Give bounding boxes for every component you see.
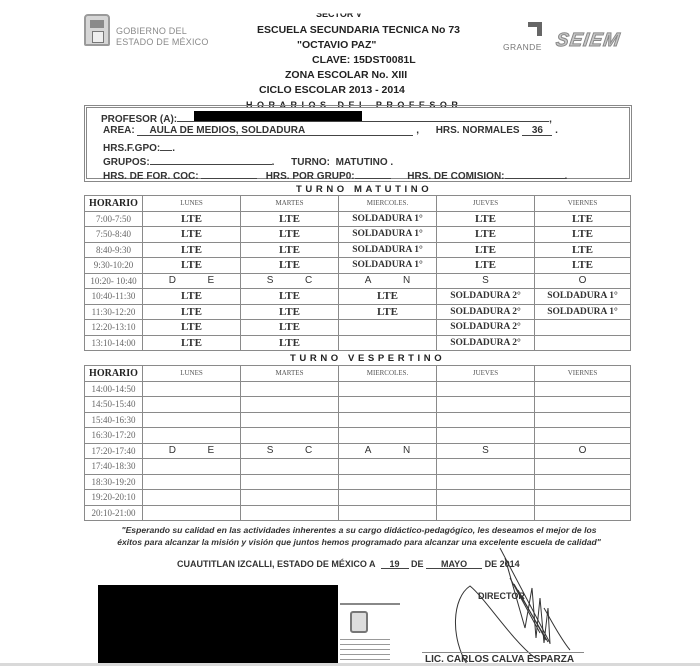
schedule-cell: LTE [143, 242, 241, 258]
schedule-cell: LTE [241, 242, 339, 258]
time-cell: 8:40-9:30 [85, 242, 143, 258]
schedule-cell [241, 490, 339, 506]
table-row: 17:40-18:30 [85, 459, 631, 475]
break-cell: DE [143, 443, 241, 459]
schedule-cell: SOLDADURA 1° [339, 258, 437, 274]
schedule-cell [535, 459, 631, 475]
place-prefix: CUAUTITLAN IZCALLI, ESTADO DE MÉXICO A [177, 559, 376, 569]
profesor-label: PROFESOR (A): [101, 114, 177, 125]
schedule-cell: LTE [339, 289, 437, 305]
header-jueves: JUEVES [437, 196, 535, 212]
sector-label: SECTOR V [316, 9, 362, 19]
schedule-cell [339, 505, 437, 521]
hrs-for-coc-field [201, 168, 257, 179]
director-label: DIRECTOR [478, 591, 525, 601]
break-letter: C [305, 445, 312, 456]
turno-label: TURNO: [291, 157, 330, 168]
schedule-cell [241, 381, 339, 397]
schedule-cell [535, 505, 631, 521]
schedule-cell: LTE [535, 258, 631, 274]
time-cell: 14:00-14:50 [85, 381, 143, 397]
grande-logo-icon [528, 22, 542, 36]
table-row: 9:30-10:20 LTE LTE SOLDADURA 1° LTE LTE [85, 258, 631, 274]
time-cell: 17:20-17:40 [85, 443, 143, 459]
table-row: 18:30-19:20 [85, 474, 631, 490]
official-seal-stamp [340, 603, 400, 666]
schedule-cell [437, 505, 535, 521]
time-cell: 14:50-15:40 [85, 397, 143, 413]
table-row: 13:10-14:00 LTE LTE SOLDADURA 2° [85, 335, 631, 351]
header-horario: HORARIO [85, 366, 143, 382]
schedule-cell [339, 474, 437, 490]
schedule-cell: SOLDADURA 1° [339, 227, 437, 243]
schedule-cell [241, 412, 339, 428]
schedule-cell: LTE [241, 227, 339, 243]
schedule-cell [535, 397, 631, 413]
schedule-cell [143, 474, 241, 490]
seal-coat-of-arms-icon [350, 611, 368, 633]
break-cell: SC [241, 443, 339, 459]
schedule-cell [339, 412, 437, 428]
table-row: 7:00-7:50 LTE LTE SOLDADURA 1° LTE LTE [85, 211, 631, 227]
hrs-for-coc-label: HRS. DE FOR. COC: [103, 171, 199, 182]
schedule-cell: LTE [437, 242, 535, 258]
seiem-logo: SEIEM [554, 30, 621, 52]
break-letter: E [208, 445, 215, 456]
time-cell: 12:20-13:10 [85, 320, 143, 336]
schedule-cell: LTE [241, 289, 339, 305]
schedule-cell [437, 381, 535, 397]
government-coat-of-arms-icon [84, 14, 110, 46]
schedule-cell: LTE [241, 211, 339, 227]
time-cell: 15:40-16:30 [85, 412, 143, 428]
schedule-cell [437, 412, 535, 428]
table-row: 16:30-17:20 [85, 428, 631, 444]
hours-row: HRS. DE FOR. COC: HRS. POR GRUP0: HRS. D… [103, 168, 567, 182]
schedule-cell: LTE [535, 242, 631, 258]
hrs-comision-field [505, 168, 565, 179]
professor-info-box: PROFESOR (A):, AREA: AULA DE MEDIOS, SOL… [84, 105, 632, 182]
break-cell: AN [339, 273, 437, 289]
table-row: 7:50-8:40 LTE LTE SOLDADURA 1° LTE LTE [85, 227, 631, 243]
schedule-cell: LTE [143, 320, 241, 336]
grupos-field [150, 154, 272, 165]
turno-matutino-title: TURNO MATUTINO [296, 184, 432, 195]
government-logo-line-2: ESTADO DE MÉXICO [116, 37, 209, 48]
hrs-por-grupo-label: HRS. POR GRUP0: [266, 171, 355, 182]
schedule-cell [535, 474, 631, 490]
time-cell: 10:40-11:30 [85, 289, 143, 305]
break-cell: DE [143, 273, 241, 289]
break-cell: S [437, 273, 535, 289]
turno-value: MATUTINO [336, 157, 388, 168]
schedule-cell [241, 397, 339, 413]
schedule-cell [437, 459, 535, 475]
schedule-cell [535, 320, 631, 336]
time-cell: 7:50-8:40 [85, 227, 143, 243]
break-letter: S [267, 275, 274, 286]
table-row: 12:20-13:10 LTE LTE SOLDADURA 2° [85, 320, 631, 336]
seal-text-lines [340, 637, 390, 665]
time-cell: 16:30-17:20 [85, 428, 143, 444]
hrs-comision-label: HRS. DE COMISION: [407, 171, 504, 182]
time-cell: 20:10-21:00 [85, 505, 143, 521]
school-cycle: CICLO ESCOLAR 2013 - 2014 [259, 84, 405, 96]
schedule-cell [143, 397, 241, 413]
break-cell: S [437, 443, 535, 459]
signature-line [422, 652, 584, 653]
schedule-cell [535, 381, 631, 397]
schedule-cell: LTE [535, 211, 631, 227]
turno-vespertino-table: HORARIO LUNES MARTES MIERCOLES. JUEVES V… [84, 365, 631, 521]
schedule-cell [535, 412, 631, 428]
break-letter: C [305, 275, 312, 286]
schedule-cell [143, 490, 241, 506]
table-row: 11:30-12:20 LTE LTE LTE SOLDADURA 2° SOL… [85, 304, 631, 320]
school-zone: ZONA ESCOLAR No. XIII [285, 69, 407, 81]
schedule-cell [241, 474, 339, 490]
schedule-cell: LTE [437, 227, 535, 243]
schedule-cell: SOLDADURA 1° [339, 242, 437, 258]
header-viernes: VIERNES [535, 366, 631, 382]
turno-vespertino-title: TURNO VESPERTINO [290, 353, 445, 364]
time-cell: 18:30-19:20 [85, 474, 143, 490]
schedule-cell [143, 428, 241, 444]
break-letter: S [267, 445, 274, 456]
break-letter: N [403, 275, 410, 286]
header-jueves: JUEVES [437, 366, 535, 382]
schedule-cell [437, 428, 535, 444]
header-miercoles: MIERCOLES. [339, 196, 437, 212]
school-name: ESCUELA SECUNDARIA TECNICA No 73 [257, 24, 460, 36]
director-signature-icon [440, 548, 590, 666]
table-header-row: HORARIO LUNES MARTES MIERCOLES. JUEVES V… [85, 366, 631, 382]
header-viernes: VIERNES [535, 196, 631, 212]
hrs-fgpo-label: HRS.F.GPO: [103, 143, 160, 154]
schedule-cell: SOLDADURA 1° [339, 211, 437, 227]
redacted-professor-name [194, 111, 362, 121]
quote-line-1: "Esperando su calidad en las actividades… [86, 524, 632, 536]
break-row: 17:20-17:40 DE SC AN S O [85, 443, 631, 459]
header-horario: HORARIO [85, 196, 143, 212]
schedule-cell [437, 397, 535, 413]
header-martes: MARTES [241, 366, 339, 382]
schedule-cell [241, 459, 339, 475]
schedule-cell: LTE [143, 335, 241, 351]
break-cell: O [535, 273, 631, 289]
government-logo-line-1: GOBIERNO DEL [116, 26, 209, 37]
redacted-block [98, 585, 338, 666]
schedule-cell: SOLDADURA 2° [437, 304, 535, 320]
area-label: AREA: [103, 125, 135, 136]
schedule-cell [339, 397, 437, 413]
schedule-cell [241, 505, 339, 521]
table-row: 19:20-20:10 [85, 490, 631, 506]
break-letter: D [169, 275, 176, 286]
closing-quote: "Esperando su calidad en las actividades… [86, 524, 632, 548]
schedule-cell [339, 428, 437, 444]
schedule-cell [241, 428, 339, 444]
day-field: 19 [381, 559, 409, 569]
schedule-cell: LTE [241, 320, 339, 336]
table-row: 15:40-16:30 [85, 412, 631, 428]
school-clave: CLAVE: 15DST0081L [312, 54, 416, 66]
schedule-cell: LTE [339, 304, 437, 320]
schedule-cell [143, 459, 241, 475]
table-row: 10:40-11:30 LTE LTE LTE SOLDADURA 2° SOL… [85, 289, 631, 305]
schedule-cell: SOLDADURA 2° [437, 320, 535, 336]
table-row: 14:50-15:40 [85, 397, 631, 413]
schedule-cell: LTE [143, 227, 241, 243]
time-cell: 10:20- 10:40 [85, 273, 143, 289]
schedule-cell [143, 381, 241, 397]
schedule-cell: LTE [437, 211, 535, 227]
hrs-normales-label: HRS. NORMALES [436, 125, 520, 136]
de-label-1: DE [411, 559, 424, 569]
schedule-cell [437, 490, 535, 506]
time-cell: 17:40-18:30 [85, 459, 143, 475]
schedule-cell: LTE [143, 304, 241, 320]
break-letter: N [403, 445, 410, 456]
school-alias: "OCTAVIO PAZ" [297, 39, 376, 51]
schedule-cell: LTE [535, 227, 631, 243]
table-header-row: HORARIO LUNES MARTES MIERCOLES. JUEVES V… [85, 196, 631, 212]
schedule-cell [535, 335, 631, 351]
schedule-cell: LTE [437, 258, 535, 274]
schedule-cell [535, 490, 631, 506]
schedule-cell [339, 381, 437, 397]
schedule-cell: SOLDADURA 1° [535, 304, 631, 320]
schedule-cell: SOLDADURA 2° [437, 335, 535, 351]
header-miercoles: MIERCOLES. [339, 366, 437, 382]
schedule-cell: SOLDADURA 2° [437, 289, 535, 305]
time-cell: 7:00-7:50 [85, 211, 143, 227]
schedule-cell: SOLDADURA 1° [535, 289, 631, 305]
table-row: 14:00-14:50 [85, 381, 631, 397]
break-cell: SC [241, 273, 339, 289]
schedule-cell [143, 505, 241, 521]
area-row: AREA: AULA DE MEDIOS, SOLDADURA , HRS. N… [103, 125, 558, 136]
schedule-cell [535, 428, 631, 444]
break-letter: E [208, 275, 215, 286]
header-lunes: LUNES [143, 366, 241, 382]
schedule-cell [339, 459, 437, 475]
schedule-cell: LTE [143, 289, 241, 305]
schedule-cell [143, 412, 241, 428]
schedule-cell: LTE [241, 304, 339, 320]
time-cell: 19:20-20:10 [85, 490, 143, 506]
schedule-cell: LTE [143, 211, 241, 227]
table-row: 8:40-9:30 LTE LTE SOLDADURA 1° LTE LTE [85, 242, 631, 258]
header-lunes: LUNES [143, 196, 241, 212]
break-letter: D [169, 445, 176, 456]
hrs-fgpo-row: HRS.F.GPO:. [103, 140, 175, 154]
time-cell: 9:30-10:20 [85, 258, 143, 274]
schedule-cell: LTE [241, 258, 339, 274]
hrs-fgpo-field [160, 140, 172, 151]
table-row: 20:10-21:00 [85, 505, 631, 521]
schedule-cell: LTE [143, 258, 241, 274]
schedule-cell [339, 320, 437, 336]
break-cell: AN [339, 443, 437, 459]
break-letter: A [365, 445, 372, 456]
seal-top-text-line [340, 603, 400, 605]
break-letter: A [365, 275, 372, 286]
schedule-cell [437, 474, 535, 490]
break-row: 10:20- 10:40 DE SC AN S O [85, 273, 631, 289]
schedule-cell [339, 335, 437, 351]
quote-line-2: éxitos para alcanzar la misión y visión … [86, 536, 632, 548]
grande-logo-text: GRANDE [503, 42, 542, 52]
time-cell: 13:10-14:00 [85, 335, 143, 351]
schedule-cell: LTE [241, 335, 339, 351]
hrs-por-grupo-field [355, 168, 391, 179]
government-logo-text: GOBIERNO DEL ESTADO DE MÉXICO [116, 26, 209, 48]
grupos-label: GRUPOS: [103, 157, 150, 168]
area-field: AULA DE MEDIOS, SOLDADURA [137, 125, 413, 136]
header-martes: MARTES [241, 196, 339, 212]
time-cell: 11:30-12:20 [85, 304, 143, 320]
hrs-normales-field: 36 [522, 125, 552, 136]
turno-matutino-table: HORARIO LUNES MARTES MIERCOLES. JUEVES V… [84, 195, 631, 351]
break-cell: O [535, 443, 631, 459]
grupos-row: GRUPOS:. TURNO: MATUTINO . [103, 154, 393, 168]
schedule-cell [339, 490, 437, 506]
